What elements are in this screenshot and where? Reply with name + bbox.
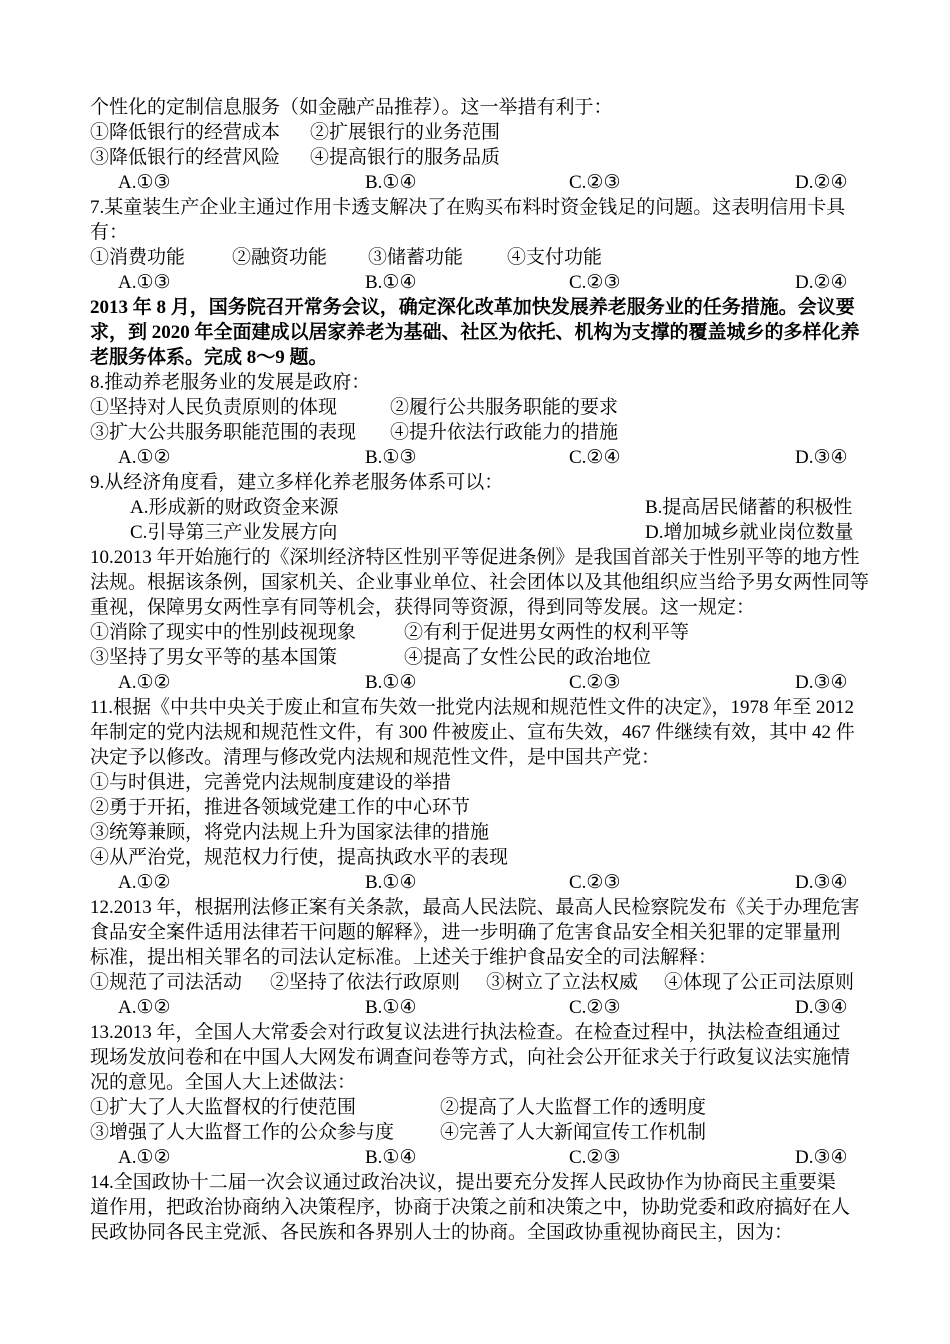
q13-choice-item: ④完善了人大新闻宣传工作机制 [440, 1120, 706, 1145]
q6-continuation-choices-line: ③降低银行的经营风险④提高银行的服务品质 [90, 145, 865, 170]
q6-continuation-choices-line: ①降低银行的经营成本②扩展银行的业务范围 [90, 120, 865, 145]
q13-answer-option-b: B.①④ [365, 1145, 417, 1170]
q7-answer-row: A.①③B.①④C.②③D.②④ [90, 270, 865, 295]
q10-text-line: 10.2013 年开始施行的《深圳经济特区性别平等促进条例》是我国首部关于性别平… [90, 545, 865, 570]
section-q11: 11.根据《中共中央关于废止和宣布失效一批党内法规和规范性文件的决定》，1978… [90, 695, 865, 895]
q10-answer-option-b: B.①④ [365, 670, 417, 695]
q7-choice-item: ②融资功能 [232, 245, 327, 270]
section-q14: 14.全国政协十二届一次会议通过政治决议，提出要充分发挥人民政协作为协商民主重要… [90, 1170, 865, 1245]
q10-answer-option-c: C.②③ [569, 670, 621, 695]
q13-choice-item: ③增强了人大监督工作的公众参与度 [90, 1120, 394, 1145]
q14-text-line: 14.全国政协十二届一次会议通过政治决议，提出要充分发挥人民政协作为协商民主重要… [90, 1170, 865, 1195]
q14-text-line: 道作用，把政治协商纳入决策程序，协商于决策之前和决策之中，协助党委和政府搞好在人 [90, 1195, 865, 1220]
q10-choice-item: ③坚持了男女平等的基本国策 [90, 645, 337, 670]
exam-document-page: 个性化的定制信息服务（如金融产品推荐）。这一举措有利于：①降低银行的经营成本②扩… [0, 0, 950, 1344]
section-q10: 10.2013 年开始施行的《深圳经济特区性别平等促进条例》是我国首部关于性别平… [90, 545, 865, 695]
q13-answer-option-c: C.②③ [569, 1145, 621, 1170]
q12-answer-option-a: A.①② [118, 995, 171, 1020]
q10-choices-line: ③坚持了男女平等的基本国策④提高了女性公民的政治地位 [90, 645, 865, 670]
q7-choices-line: ①消费功能②融资功能③储蓄功能④支付功能 [90, 245, 865, 270]
q9-text-line: 9.从经济角度看，建立多样化养老服务体系可以： [90, 470, 865, 495]
q11-answer-row: A.①②B.①④C.②③D.③④ [90, 870, 865, 895]
intro-8-9-text-line: 求，到 2020 年全面建成以居家养老为基础、社区为依托、机构为支撑的覆盖城乡的… [90, 320, 865, 345]
q10-text-line: 法规。根据该条例，国家机关、企业事业单位、社会团体以及其他组织应当给予男女两性同… [90, 570, 865, 595]
q7-choice-item: ①消费功能 [90, 245, 185, 270]
q10-text-line: 重视，保障男女两性享有同等机会，获得同等资源，得到同等发展。这一规定： [90, 595, 865, 620]
intro-8-9-text-line: 老服务体系。完成 8～9 题。 [90, 345, 865, 370]
q11-text-line: 年制定的党内法规和规范性文件，有 300 件被废止、宣布失效，467 件继续有效… [90, 720, 865, 745]
q13-text-line: 现场发放问卷和在中国人大网发布调查问卷等方式，向社会公开征求关于行政复议法实施情 [90, 1045, 865, 1070]
q13-answer-option-a: A.①② [118, 1145, 171, 1170]
q6-continuation-text-line: 个性化的定制信息服务（如金融产品推荐）。这一举措有利于： [90, 95, 865, 120]
q8-answer-option-d: D.③④ [795, 445, 848, 470]
intro-8-9-text-line: 2013 年 8 月，国务院召开常务会议，确定深化改革加快发展养老服务业的任务措… [90, 295, 865, 320]
q13-answer-row: A.①②B.①④C.②③D.③④ [90, 1145, 865, 1170]
q8-choice-item: ②履行公共服务职能的要求 [390, 395, 618, 420]
q6-continuation-answer-option-c: C.②③ [569, 170, 621, 195]
q11-answer-option-b: B.①④ [365, 870, 417, 895]
q13-choice-item: ②提高了人大监督工作的透明度 [440, 1095, 706, 1120]
q7-choice-item: ④支付功能 [507, 245, 602, 270]
section-q12: 12.2013 年，根据刑法修正案有关条款，最高人民法院、最高人民检察院发布《关… [90, 895, 865, 1020]
q8-text-line: 8.推动养老服务业的发展是政府： [90, 370, 865, 395]
section-intro-8-9: 2013 年 8 月，国务院召开常务会议，确定深化改革加快发展养老服务业的任务措… [90, 295, 865, 370]
q12-choice-item: ③树立了立法权威 [486, 970, 638, 995]
q7-answer-option-b: B.①④ [365, 270, 417, 295]
q6-continuation-answer-option-d: D.②④ [795, 170, 848, 195]
q6-continuation-choice-item: ③降低银行的经营风险 [90, 145, 280, 170]
q7-answer-option-a: A.①③ [118, 270, 171, 295]
q12-choice-item: ④体现了公正司法原则 [664, 970, 854, 995]
q8-answer-option-a: A.①② [118, 445, 171, 470]
q7-text-line: 7.某童装生产企业主通过作用卡透支解决了在购买布料时资金钱足的问题。这表明信用卡… [90, 195, 865, 220]
exam-content: 个性化的定制信息服务（如金融产品推荐）。这一举措有利于：①降低银行的经营成本②扩… [90, 95, 865, 1245]
q11-text-line: ③统筹兼顾，将党内法规上升为国家法律的措施 [90, 820, 865, 845]
q12-text-line: 12.2013 年，根据刑法修正案有关条款，最高人民法院、最高人民检察院发布《关… [90, 895, 865, 920]
q6-continuation-answer-row: A.①③B.①④C.②③D.②④ [90, 170, 865, 195]
q11-answer-option-d: D.③④ [795, 870, 848, 895]
q10-answer-option-a: A.①② [118, 670, 171, 695]
q6-continuation-choice-item: ①降低银行的经营成本 [90, 120, 280, 145]
q13-choice-item: ①扩大了人大监督权的行使范围 [90, 1095, 356, 1120]
q12-text-line: 食品安全案件适用法律若干问题的解释》，进一步明确了危害食品安全相关犯罪的定罪量刑 [90, 920, 865, 945]
q10-answer-option-d: D.③④ [795, 670, 848, 695]
q12-text-line: 标准，提出相关罪名的司法认定标准。上述关于维护食品安全的司法解释： [90, 945, 865, 970]
q8-choices-line: ①坚持对人民负责原则的体现②履行公共服务职能的要求 [90, 395, 865, 420]
q9-choice-item: D.增加城乡就业岗位数量 [645, 520, 853, 545]
q11-answer-option-a: A.①② [118, 870, 171, 895]
q8-answer-option-b: B.①③ [365, 445, 417, 470]
q12-choices-line: ①规范了司法活动②坚持了依法行政原则③树立了立法权威④体现了公正司法原则 [90, 970, 865, 995]
q12-answer-option-c: C.②③ [569, 995, 621, 1020]
q11-text-line: ①与时俱进，完善党内法规制度建设的举措 [90, 770, 865, 795]
q11-text-line: 决定予以修改。清理与修改党内法规和规范性文件，是中国共产党： [90, 745, 865, 770]
q11-answer-option-c: C.②③ [569, 870, 621, 895]
q7-answer-option-c: C.②③ [569, 270, 621, 295]
section-q9: 9.从经济角度看，建立多样化养老服务体系可以：A.形成新的财政资金来源B.提高居… [90, 470, 865, 545]
q12-answer-row: A.①②B.①④C.②③D.③④ [90, 995, 865, 1020]
q9-choice-item: B.提高居民储蓄的积极性 [645, 495, 852, 520]
q12-answer-option-d: D.③④ [795, 995, 848, 1020]
q13-choices-line: ①扩大了人大监督权的行使范围②提高了人大监督工作的透明度 [90, 1095, 865, 1120]
section-q8: 8.推动养老服务业的发展是政府：①坚持对人民负责原则的体现②履行公共服务职能的要… [90, 370, 865, 470]
q13-text-line: 况的意见。全国人大上述做法： [90, 1070, 865, 1095]
q11-text-line: 11.根据《中共中央关于废止和宣布失效一批党内法规和规范性文件的决定》，1978… [90, 695, 865, 720]
q12-choice-item: ②坚持了依法行政原则 [270, 970, 460, 995]
q13-answer-option-d: D.③④ [795, 1145, 848, 1170]
section-q7: 7.某童装生产企业主通过作用卡透支解决了在购买布料时资金钱足的问题。这表明信用卡… [90, 195, 865, 295]
q8-choice-item: ④提升依法行政能力的措施 [390, 420, 618, 445]
q12-answer-option-b: B.①④ [365, 995, 417, 1020]
q11-text-line: ②勇于开拓，推进各领域党建工作的中心环节 [90, 795, 865, 820]
q8-answer-row: A.①②B.①③C.②④D.③④ [90, 445, 865, 470]
section-q6-continuation: 个性化的定制信息服务（如金融产品推荐）。这一举措有利于：①降低银行的经营成本②扩… [90, 95, 865, 195]
section-q13: 13.2013 年，全国人大常委会对行政复议法进行执法检查。在检查过程中，执法检… [90, 1020, 865, 1170]
q8-answer-option-c: C.②④ [569, 445, 621, 470]
q12-choice-item: ①规范了司法活动 [90, 970, 242, 995]
q9-choices-line: C.引导第三产业发展方向D.增加城乡就业岗位数量 [90, 520, 865, 545]
q11-text-line: ④从严治党，规范权力行使，提高执政水平的表现 [90, 845, 865, 870]
q6-continuation-answer-option-b: B.①④ [365, 170, 417, 195]
q8-choices-line: ③扩大公共服务职能范围的表现④提升依法行政能力的措施 [90, 420, 865, 445]
q13-text-line: 13.2013 年，全国人大常委会对行政复议法进行执法检查。在检查过程中，执法检… [90, 1020, 865, 1045]
q9-choice-item: A.形成新的财政资金来源 [130, 495, 338, 520]
q14-text-line: 民政协同各民主党派、各民族和各界别人士的协商。全国政协重视协商民主，因为： [90, 1220, 865, 1245]
q10-answer-row: A.①②B.①④C.②③D.③④ [90, 670, 865, 695]
q13-choices-line: ③增强了人大监督工作的公众参与度④完善了人大新闻宣传工作机制 [90, 1120, 865, 1145]
q10-choices-line: ①消除了现实中的性别歧视现象②有利于促进男女两性的权利平等 [90, 620, 865, 645]
q10-choice-item: ②有利于促进男女两性的权利平等 [404, 620, 689, 645]
q7-answer-option-d: D.②④ [795, 270, 848, 295]
q8-choice-item: ①坚持对人民负责原则的体现 [90, 395, 337, 420]
q6-continuation-choice-item: ④提高银行的服务品质 [310, 145, 500, 170]
q6-continuation-choice-item: ②扩展银行的业务范围 [310, 120, 500, 145]
q9-choice-item: C.引导第三产业发展方向 [130, 520, 337, 545]
q8-choice-item: ③扩大公共服务职能范围的表现 [90, 420, 356, 445]
q7-choice-item: ③储蓄功能 [368, 245, 463, 270]
q6-continuation-answer-option-a: A.①③ [118, 170, 171, 195]
q10-choice-item: ①消除了现实中的性别歧视现象 [90, 620, 356, 645]
q10-choice-item: ④提高了女性公民的政治地位 [404, 645, 651, 670]
q7-text-line: 有： [90, 220, 865, 245]
q9-choices-line: A.形成新的财政资金来源B.提高居民储蓄的积极性 [90, 495, 865, 520]
